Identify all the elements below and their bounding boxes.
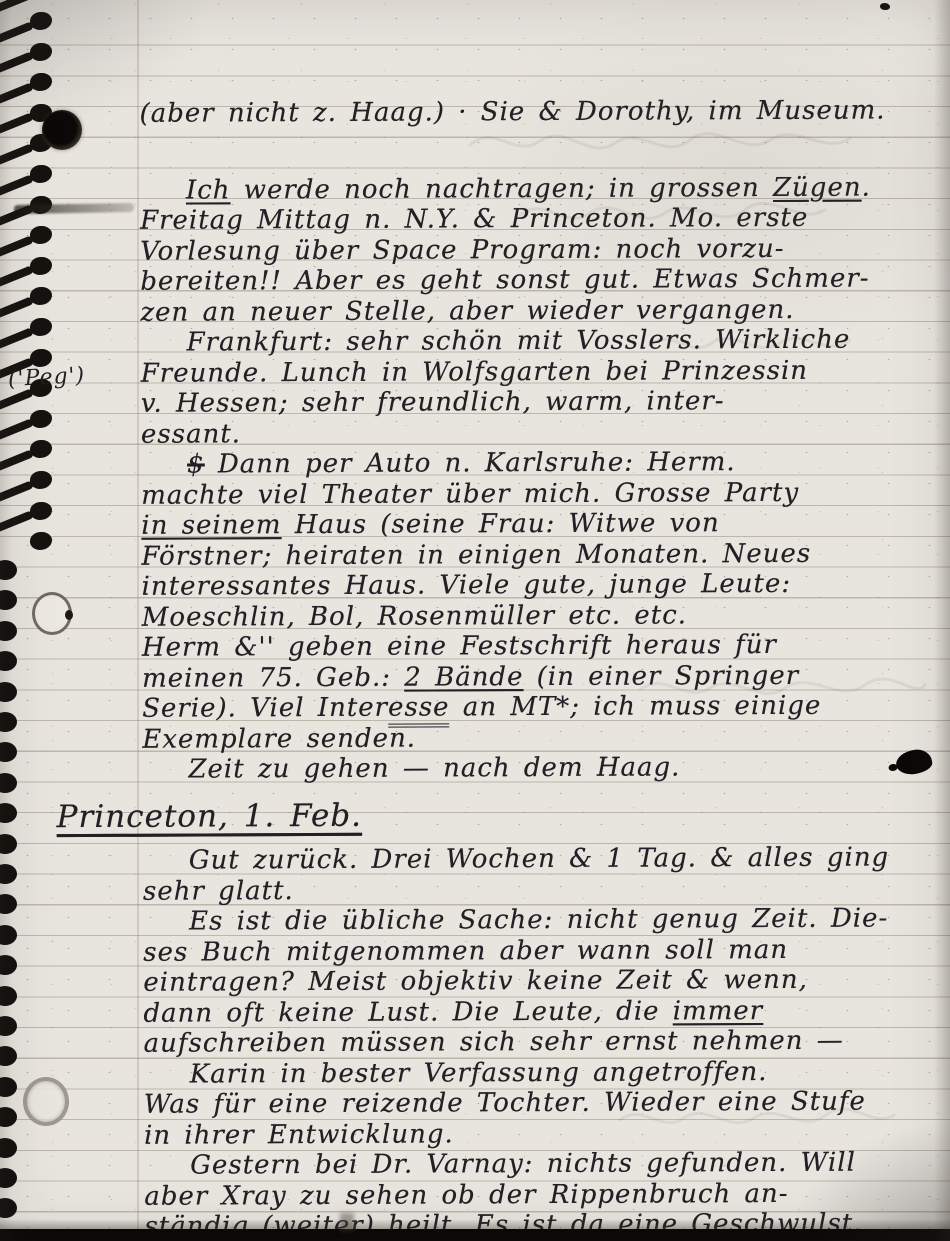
binding-coil-icon <box>0 341 58 367</box>
ink-speck <box>880 3 890 10</box>
binding-coil-icon <box>0 682 17 702</box>
binding-coil-icon <box>0 249 58 275</box>
binding-coil-icon <box>0 651 17 671</box>
diary-line: Exemplare senden. <box>142 721 944 755</box>
binding-coil-icon <box>0 463 58 489</box>
binding-coil-icon <box>0 864 17 884</box>
diary-line: in ihrer Entwicklung. <box>144 1117 946 1151</box>
diary-line: Was für eine reizende Tochter. Wieder ei… <box>144 1086 946 1120</box>
diary-line: Herm &'' geben eine Festschrift heraus f… <box>142 629 944 663</box>
binding-coil-icon <box>0 894 17 914</box>
binding-coil-icon <box>0 65 58 91</box>
diary-line: interessantes Haus. Viele gute, junge Le… <box>142 568 944 602</box>
diary-line: Gestern bei Dr. Varnay: nichts gefunden.… <box>144 1147 946 1181</box>
binding-coil-icon <box>0 1077 17 1097</box>
diary-line: $ Dann per Auto n. Karlsruhe: Herm. <box>141 446 943 480</box>
binding-coil-icon <box>0 310 58 336</box>
binding-coil-icon <box>0 560 17 580</box>
punch-hole-filled <box>42 110 82 150</box>
binding-coil-icon <box>0 1198 17 1218</box>
diary-text: (aber nicht z. Haag.) · Sie & Dorothy, i… <box>140 95 947 1241</box>
diary-line: Serie). Viel Interesse an MT*; ich muss … <box>142 690 944 724</box>
diary-line: dann oft keine Lust. Die Leute, die imme… <box>143 995 945 1029</box>
binding-coil-icon <box>0 1107 17 1127</box>
binding-coil-icon <box>0 35 58 61</box>
page-bottom-edge <box>0 1229 950 1241</box>
diary-line: ses Buch mitgenommen aber wann soll man <box>143 934 945 968</box>
diary-line: (aber nicht z. Haag.) · Sie & Dorothy, i… <box>140 95 942 129</box>
diary-line: zen an neuer Stelle, aber wieder vergang… <box>140 294 942 328</box>
smudge-mark <box>14 203 134 214</box>
binding-coil-icon <box>0 925 17 945</box>
binding-coil-icon <box>0 1138 17 1158</box>
notebook-page: ('Peg') (aber nicht z. Haag.) · Sie & Do… <box>0 0 950 1241</box>
binding-coil-icon <box>0 494 58 520</box>
diary-line: Moeschlin, Bol, Rosenmüller etc. etc. <box>142 599 944 633</box>
binding-coil-icon <box>0 524 58 550</box>
binding-coil-icon <box>0 4 58 30</box>
diary-line: bereiten!! Aber es geht sonst gut. Etwas… <box>140 263 942 297</box>
diary-line: aber Xray zu sehen ob der Rippenbruch an… <box>144 1178 946 1212</box>
binding-coil-icon <box>0 712 17 732</box>
binding-coil-icon <box>0 773 17 793</box>
diary-line: sehr glatt. <box>143 873 945 907</box>
punch-hole <box>23 1077 69 1126</box>
diary-line: eintragen? Meist objektiv keine Zeit & w… <box>143 964 945 998</box>
diary-line: Gut zurück. Drei Wochen & 1 Tag. & alles… <box>143 842 945 876</box>
binding-coil-icon <box>0 402 58 428</box>
diary-line: in seinem Haus (seine Frau: Witwe von <box>141 507 943 541</box>
binding-coil-icon <box>0 1168 17 1188</box>
diary-line: machte viel Theater über mich. Grosse Pa… <box>141 477 943 511</box>
diary-entry-heading: Princeton, 1. Feb. <box>57 796 945 836</box>
binding-coil-icon <box>0 621 17 641</box>
diary-line: Förstner; heiraten in einigen Monaten. N… <box>141 538 943 572</box>
binding-coil-icon <box>0 986 17 1006</box>
binding-coil-icon <box>0 1046 17 1066</box>
margin-line <box>137 0 139 1241</box>
diary-line: v. Hessen; sehr freundlich, warm, inter- <box>141 385 943 419</box>
diary-line: essant. <box>141 416 943 450</box>
diary-line: Frankfurt: sehr schön mit Vosslers. Wirk… <box>141 324 943 358</box>
diary-line: Zeit zu gehen — nach dem Haag. <box>142 751 944 785</box>
binding-coil-icon <box>0 834 17 854</box>
diary-line: meinen 75. Geb.: 2 Bände (in einer Sprin… <box>142 660 944 694</box>
binding-coil-icon <box>0 955 17 975</box>
diary-line: Freitag Mittag n. N.Y. & Princeton. Mo. … <box>140 202 942 236</box>
binding-coil-icon <box>0 432 58 458</box>
diary-line: aufschreiben müssen sich sehr ernst nehm… <box>144 1025 946 1059</box>
binding-coil-icon <box>0 590 17 610</box>
binding-coil-icon <box>0 279 58 305</box>
binding-coil-icon <box>0 218 58 244</box>
binding-coil-icon <box>0 157 58 183</box>
diary-line: Es ist die übliche Sache: nicht genug Ze… <box>143 903 945 937</box>
margin-note: ('Peg') <box>7 361 128 392</box>
binding-coil-icon <box>0 803 17 823</box>
diary-line: Ich werde noch nachtragen; in grossen Zü… <box>140 172 942 206</box>
diary-line: Karin in bester Verfassung angetroffen. <box>144 1056 946 1090</box>
punch-hole <box>32 592 72 635</box>
binding-coil-icon <box>0 742 17 762</box>
diary-line: Freunde. Lunch in Wolfsgarten bei Prinze… <box>141 355 943 389</box>
binding-coil-icon <box>0 1016 17 1036</box>
diary-line: Vorlesung über Space Program: noch vorzu… <box>140 233 942 267</box>
